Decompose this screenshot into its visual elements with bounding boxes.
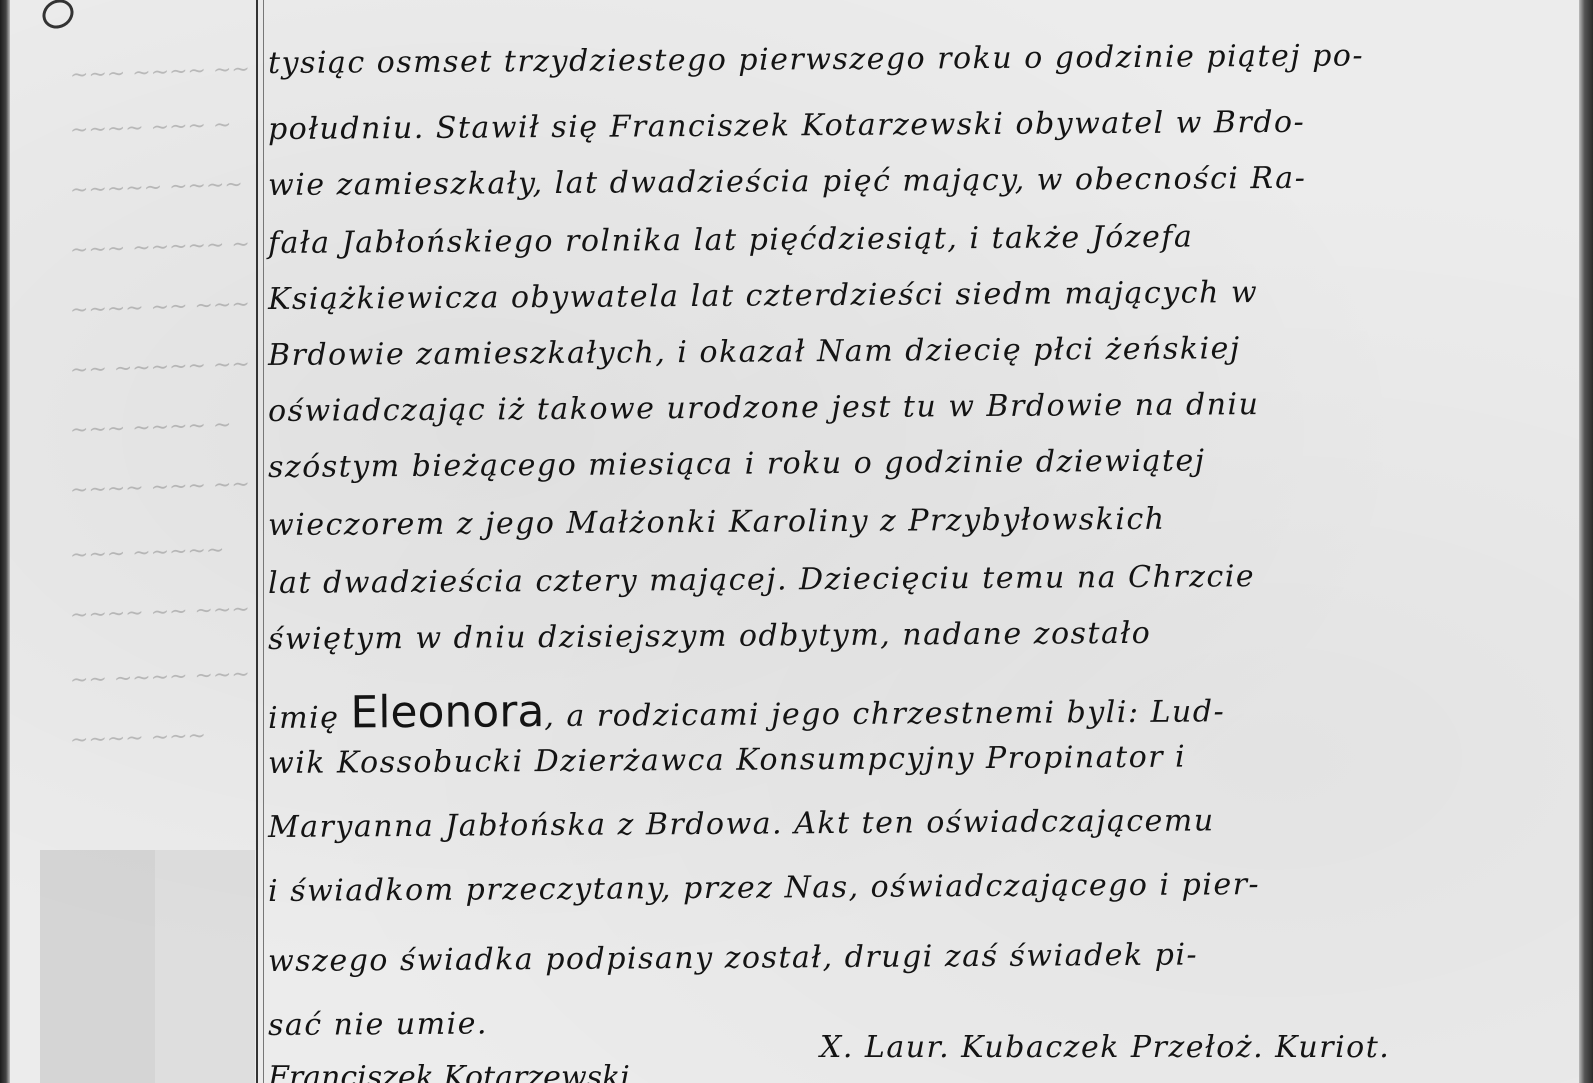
record-line-12: imię Eleonora, a rodzicami jego chrzestn…	[268, 679, 1568, 739]
page-left-edge-shadow	[0, 0, 10, 1083]
bleed-through-line: ~~~ ~~~~ ~~	[70, 57, 251, 88]
bleed-through-line: ~~~~~ ~~~~	[70, 172, 251, 203]
record-line-4: fała Jabłońskiego rolnika lat pięćdziesi…	[268, 217, 1568, 261]
record-line-11: świętym w dniu dzisiejszym odbytym, nada…	[268, 613, 1568, 657]
bleed-through-line: ~~~~ ~~~	[70, 722, 251, 753]
record-line-15: i świadkom przeczytany, przez Nas, oświa…	[268, 865, 1568, 909]
record-line-13: wik Kossobucki Dzierżawca Konsumpcyjny P…	[268, 737, 1568, 781]
record-line-3: wie zamieszkały, lat dwadzieścia pięć ma…	[268, 159, 1568, 203]
bleed-through-line: ~~~ ~~~~~	[70, 537, 251, 568]
child-name: Eleonora	[350, 686, 544, 738]
margin-rule-line	[256, 0, 258, 1083]
line-12-prefix: imię	[268, 701, 340, 736]
record-line-10: lat dwadzieścia cztery mającej. Dziecięc…	[268, 557, 1568, 601]
cut-off-signature-line: Franciszek Kotarzewski	[268, 1060, 768, 1083]
bleed-through-line: ~~~ ~~~~ ~	[70, 412, 251, 443]
book-spine-shadow	[1579, 0, 1593, 1083]
bleed-through-line: ~~~~ ~~~ ~~	[70, 472, 251, 503]
record-line-8: szóstym bieżącego miesiąca i roku o godz…	[268, 441, 1568, 485]
record-line-2: południu. Stawił się Franciszek Kotarzew…	[268, 103, 1568, 147]
margin-rule-line-secondary	[263, 0, 264, 1083]
record-line-6: Brdowie zamieszkałych, i okazał Nam dzie…	[268, 329, 1568, 373]
bleed-through-line: ~~ ~~~~~ ~~	[70, 352, 251, 383]
priest-signature: X. Laur. Kubaczek Przełoż. Kuriot.	[820, 1030, 1580, 1065]
margin-shade-inner	[40, 850, 155, 1083]
line-12-suffix: , a rodzicami jego chrzestnemi byli: Lud…	[544, 694, 1225, 734]
record-line-9: wieczorem z jego Małżonki Karoliny z Prz…	[268, 499, 1568, 543]
bleed-through-line: ~~ ~~~~ ~~~	[70, 662, 251, 693]
bleed-through-line: ~~~~ ~~ ~~~	[70, 292, 251, 323]
record-line-1: tysiąc osmset trzydziestego pierwszego r…	[268, 37, 1568, 81]
record-line-16: wszego świadka podpisany został, drugi z…	[268, 935, 1568, 979]
record-line-14: Maryanna Jabłońska z Brdowa. Akt ten ośw…	[268, 801, 1568, 845]
bleed-through-line: ~~~ ~~~~~ ~	[70, 232, 251, 263]
record-line-7: oświadczając iż takowe urodzone jest tu …	[268, 385, 1568, 429]
bleed-through-line: ~~~~ ~~~ ~	[70, 112, 251, 143]
scanned-document-page: ~~~ ~~~~ ~~ ~~~~ ~~~ ~ ~~~~~ ~~~~ ~~~ ~~…	[0, 0, 1593, 1083]
ink-blot	[37, 0, 79, 34]
record-line-5: Książkiewicza obywatela lat czterdzieści…	[268, 273, 1568, 317]
bleed-through-line: ~~~~ ~~ ~~~	[70, 597, 251, 628]
